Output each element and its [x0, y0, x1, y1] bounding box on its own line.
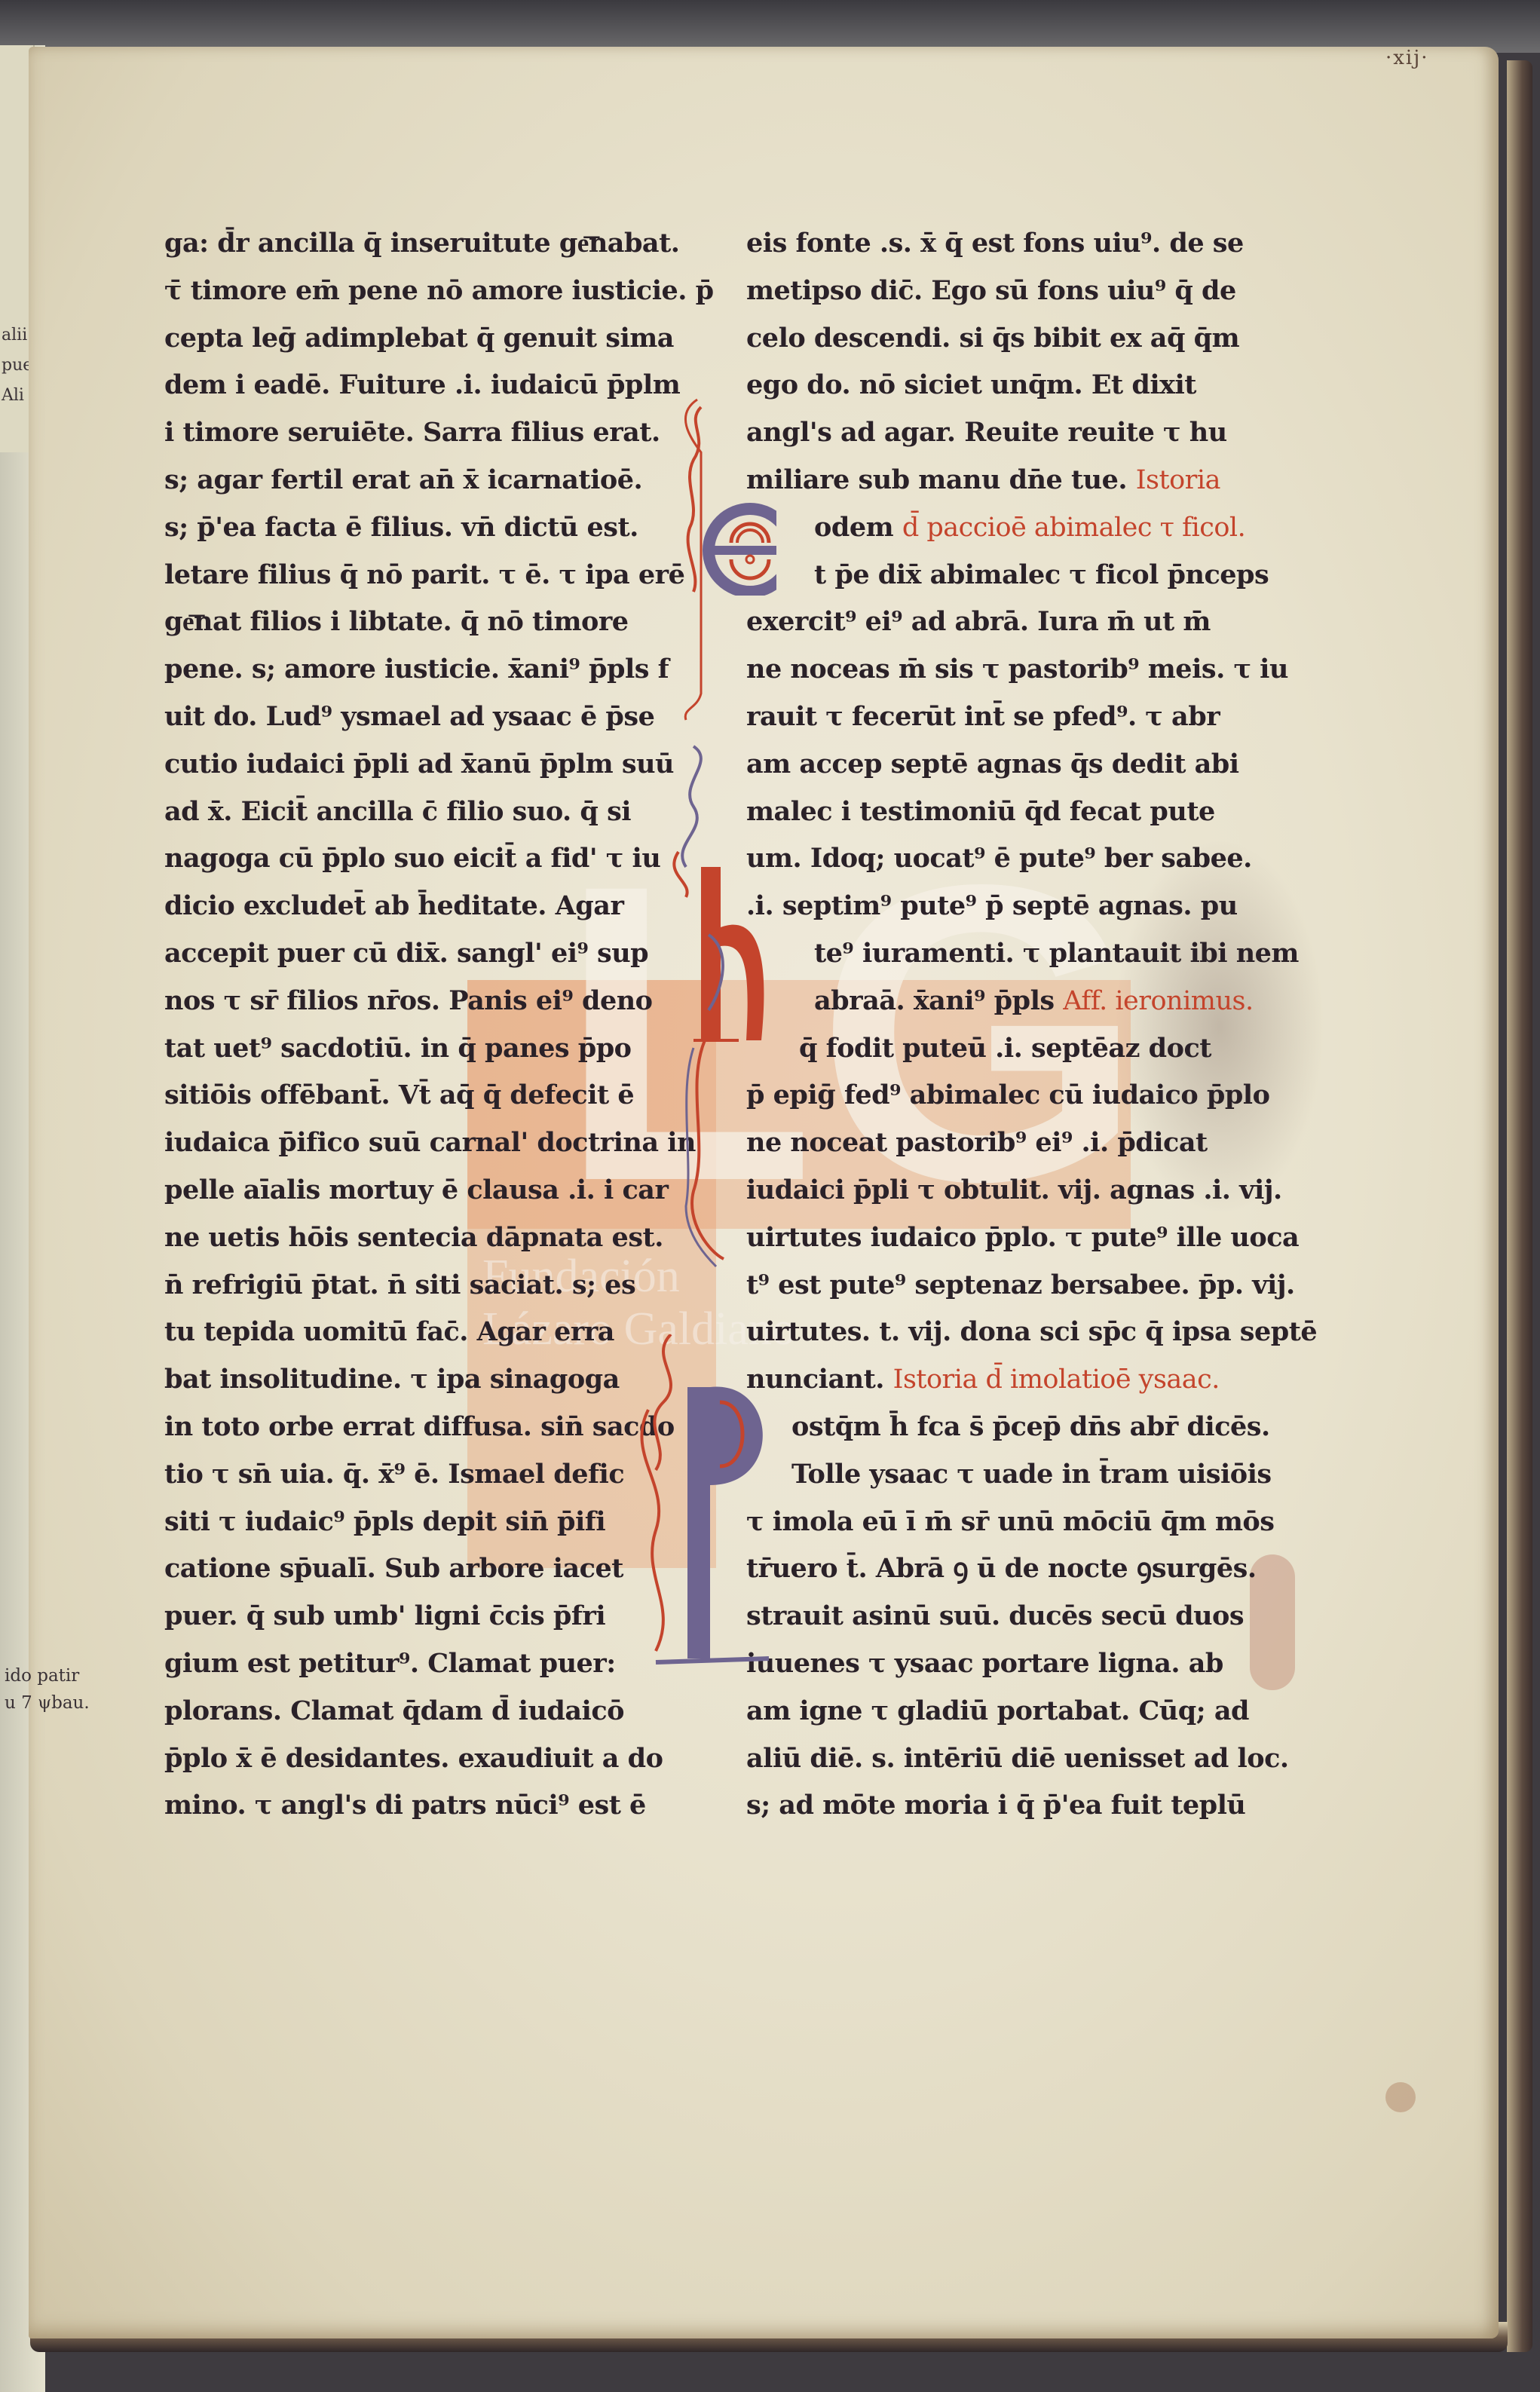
text-line: τ imola eū ī m̄ sr̄ unū mōciū q̄m mōs [746, 1499, 1289, 1546]
text-line: letare filius q̄ nō parit. τ ē. τ ipa er… [164, 552, 707, 599]
text-line: plorans. Clamat q̄dam d̄ iudaicō [164, 1688, 707, 1735]
text-line: ego do. nō siciet unq̄m. Et dixit [746, 362, 1289, 409]
margin-note: ido patir u 7 ψbau. [5, 1662, 90, 1717]
text-line: t⁹ est pute⁹ septenaz bersabee. p̄p. vij… [746, 1262, 1289, 1309]
text-line: p̄ epiḡ fed⁹ abimalec cū iudaico p̄plo [746, 1072, 1289, 1119]
photo-backdrop-top [0, 0, 1540, 53]
text-line: ostq̄m h̄ fca s̄ p̄cep̄ dn̄s abr̄ dicēs. [746, 1404, 1289, 1451]
decorated-initial-h-icon [663, 739, 776, 1312]
text-line: dicio excludet̄ ab h̄editate. Agar [164, 883, 707, 930]
text-line: uirtutes. t. vij. dona sci sp̄c q̄ ipsa … [746, 1309, 1289, 1356]
text-line: n̄ refrigiū p̄tat. n̄ siti saciat. s; es [164, 1262, 707, 1309]
decorated-initial-p-icon [626, 1334, 769, 1681]
text-line: iudaici p̄pli τ obtulit. vij. agnas .i. … [746, 1167, 1289, 1214]
rubric: Istoria d̄ imolatioē ysaac. [893, 1364, 1220, 1395]
text-line: s; agar fertil erat an̄ x̄ icarnatioē. [164, 457, 707, 504]
text-line: metipso dic̄. Ego sū fons uiu⁹ q̄ de [746, 268, 1289, 315]
text-line: accepit puer cū dix̄. sangl' ei⁹ sup [164, 930, 707, 978]
text-line: tat uet⁹ sacdotiū. in q̄ panes p̄po [164, 1025, 707, 1073]
margin-flourish-icon [675, 392, 720, 724]
rubric: Aff. ieronimus. [1063, 986, 1253, 1016]
text-line: strauit asinū suū. ducēs secū duos [746, 1593, 1289, 1640]
text-line: pelle aīalis mortuy ē clausa .i. i car [164, 1167, 707, 1214]
text-column-right: eis fonte .s. x̄ q̄ est fons uiu⁹. de se… [746, 220, 1289, 1830]
text-line: abraā. x̄ani⁹ p̄pls Aff. ieronimus. [746, 978, 1289, 1025]
text-line: q̄ fodit puteū .i. septēaz doct [746, 1025, 1289, 1073]
text-line: rauit τ fecerūt int̄ se pfed⁹. τ abr [746, 694, 1289, 741]
text-line: ad x̄. Eicit̄ ancilla c̄ filio suo. q̄ s… [164, 789, 707, 836]
text-line: i timore seruiēte. Sarra filius erat. [164, 409, 707, 457]
text-line: iuuenes τ ysaac portare ligna. ab [746, 1640, 1289, 1688]
text-line: .i. septim⁹ pute⁹ p̄ septē agnas. pu [746, 883, 1289, 930]
text-line: eis fonte .s. x̄ q̄ est fons uiu⁹. de se [746, 220, 1289, 268]
text-line: ne noceat pastorib⁹ ei⁹ .i. p̄dicat [746, 1119, 1289, 1167]
stain [1385, 2082, 1416, 2112]
text-line: cepta leḡ adimplebat q̄ genuit sima [164, 315, 707, 363]
text-line: tr̄uero t̄. Abrā ꝯ ū de nocte ꝯsurgēs. [746, 1545, 1289, 1593]
text-line: nos τ sr̄ filios nr̄os. Panis ei⁹ deno [164, 978, 707, 1025]
text-line: miliare sub manu dn̄e tue. Istoria [746, 457, 1289, 504]
text-line: ga: d̄r ancilla q̄ inseruitute ge͞nabat. [164, 220, 707, 268]
rubric: Istoria [1136, 465, 1220, 495]
text-line: s; ad mōte moria i q̄ p̄'ea fuit teplū [746, 1782, 1289, 1830]
text-line: cutio iudaici p̄pli ad x̄anū p̄plm suū [164, 741, 707, 789]
text-line: ne noceas m̄ sis τ pastorib⁹ meis. τ iu [746, 646, 1289, 694]
text-line: am accep septē agnas q̄s dedit abi [746, 741, 1289, 789]
page-stack-edge [1507, 60, 1532, 2352]
text-line: ne uetis hōis sentecia dāpnata est. [164, 1214, 707, 1262]
text-line: nagoga cū p̄plo suo eicit̄ a fid' τ iu [164, 835, 707, 883]
text-line: Tolle ysaac τ uade in t̄ram uisiōis [746, 1451, 1289, 1499]
text-line: s; p̄'ea facta ē filius. vn̄ dictū est. [164, 504, 707, 552]
text-line: malec i testimoniū q̄d fecat pute [746, 789, 1289, 836]
text-line: um. Idoq; uocat⁹ ē pute⁹ ber sabee. [746, 835, 1289, 883]
margin-note-line: ido patir [5, 1662, 90, 1689]
text-line: celo descendi. si q̄s bibit ex aq̄ q̄m [746, 315, 1289, 363]
text-line: am igne τ gladiū portabat. Cūq; ad [746, 1688, 1289, 1735]
text-line: t p̄e dix̄ abimalec τ ficol p̄nceps [746, 552, 1289, 599]
text-line: mino. τ angl's di patrs nūci⁹ est ē [164, 1782, 707, 1830]
text-line: te⁹ iuramenti. τ plantauit ibi nem [746, 930, 1289, 978]
text-line: angl's ad agar. Reuite reuite τ hu [746, 409, 1289, 457]
text-line: sitiōis offēbant̄. Vt̄ aq̄ q̄ defecit ē [164, 1072, 707, 1119]
text-line: exercit⁹ ei⁹ ad abrā. Iura m̄ ut m̄ [746, 599, 1289, 646]
text-line: uirtutes iudaico p̄plo. τ pute⁹ ille uoc… [746, 1214, 1289, 1262]
text-line: nunciant. Istoria d̄ imolatioē ysaac. [746, 1356, 1289, 1404]
text-line: τ̄ timore em̄ pene nō amore iusticie. p̄ [164, 268, 707, 315]
text-line: ge͞nat filios i libtate. q̄ nō timore [164, 599, 707, 646]
text-line: uit do. Lud⁹ ysmael ad ysaac ē p̄se [164, 694, 707, 741]
folio-number: ·xij· [1385, 47, 1429, 69]
text-line: odem d̄ paccioē abimalec τ ficol. [746, 504, 1289, 552]
text-line: aliū diē. s. intēriū diē uenisset ad loc… [746, 1735, 1289, 1783]
text-line: dem i eadē. Fuiture .i. iudaicū p̄plm [164, 362, 707, 409]
text-line: pene. s; amore iusticie. x̄ani⁹ p̄pls f [164, 646, 707, 694]
left-gloss-line: Ali [2, 384, 24, 407]
rubric: d̄ paccioē abimalec τ ficol. [902, 513, 1245, 543]
margin-note-line: u 7 ψbau. [5, 1689, 90, 1717]
text-line: iudaica p̄ifico suū carnal' doctrina in [164, 1119, 707, 1167]
left-gloss-line: alii [2, 324, 27, 347]
text-line: p̄plo x̄ ē desidantes. exaudiuit a do [164, 1735, 707, 1783]
